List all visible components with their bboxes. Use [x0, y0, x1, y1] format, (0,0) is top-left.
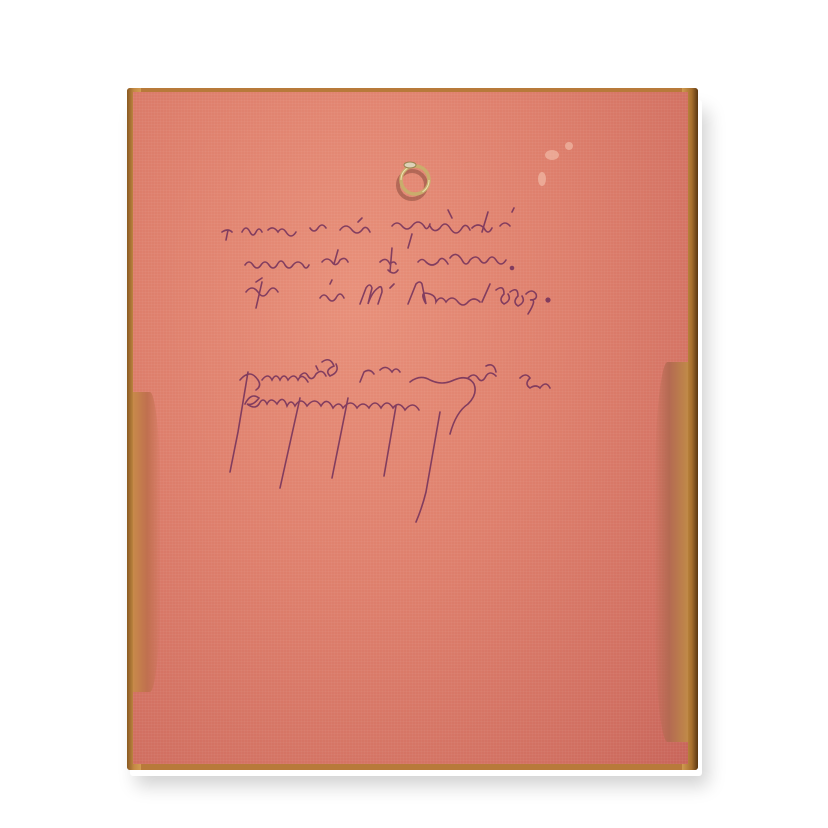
- inscription-text: Τῷ ἐρασμίῳ ἀνεψιῷ Χρίστῳ τῇ πανευφρόσυνη…: [0, 0, 1, 1]
- stain: [545, 150, 559, 160]
- stain: [538, 172, 546, 186]
- hanging-ring-icon: [385, 150, 445, 206]
- stain: [565, 142, 573, 150]
- worn-silk-edge-left: [133, 392, 161, 692]
- inscription-line-1: Τῷ ἐρασμίῳ ἀνεψιῷ Χρίστῳ τῇ: [0, 0, 1, 1]
- worn-silk-edge-right: [654, 362, 688, 742]
